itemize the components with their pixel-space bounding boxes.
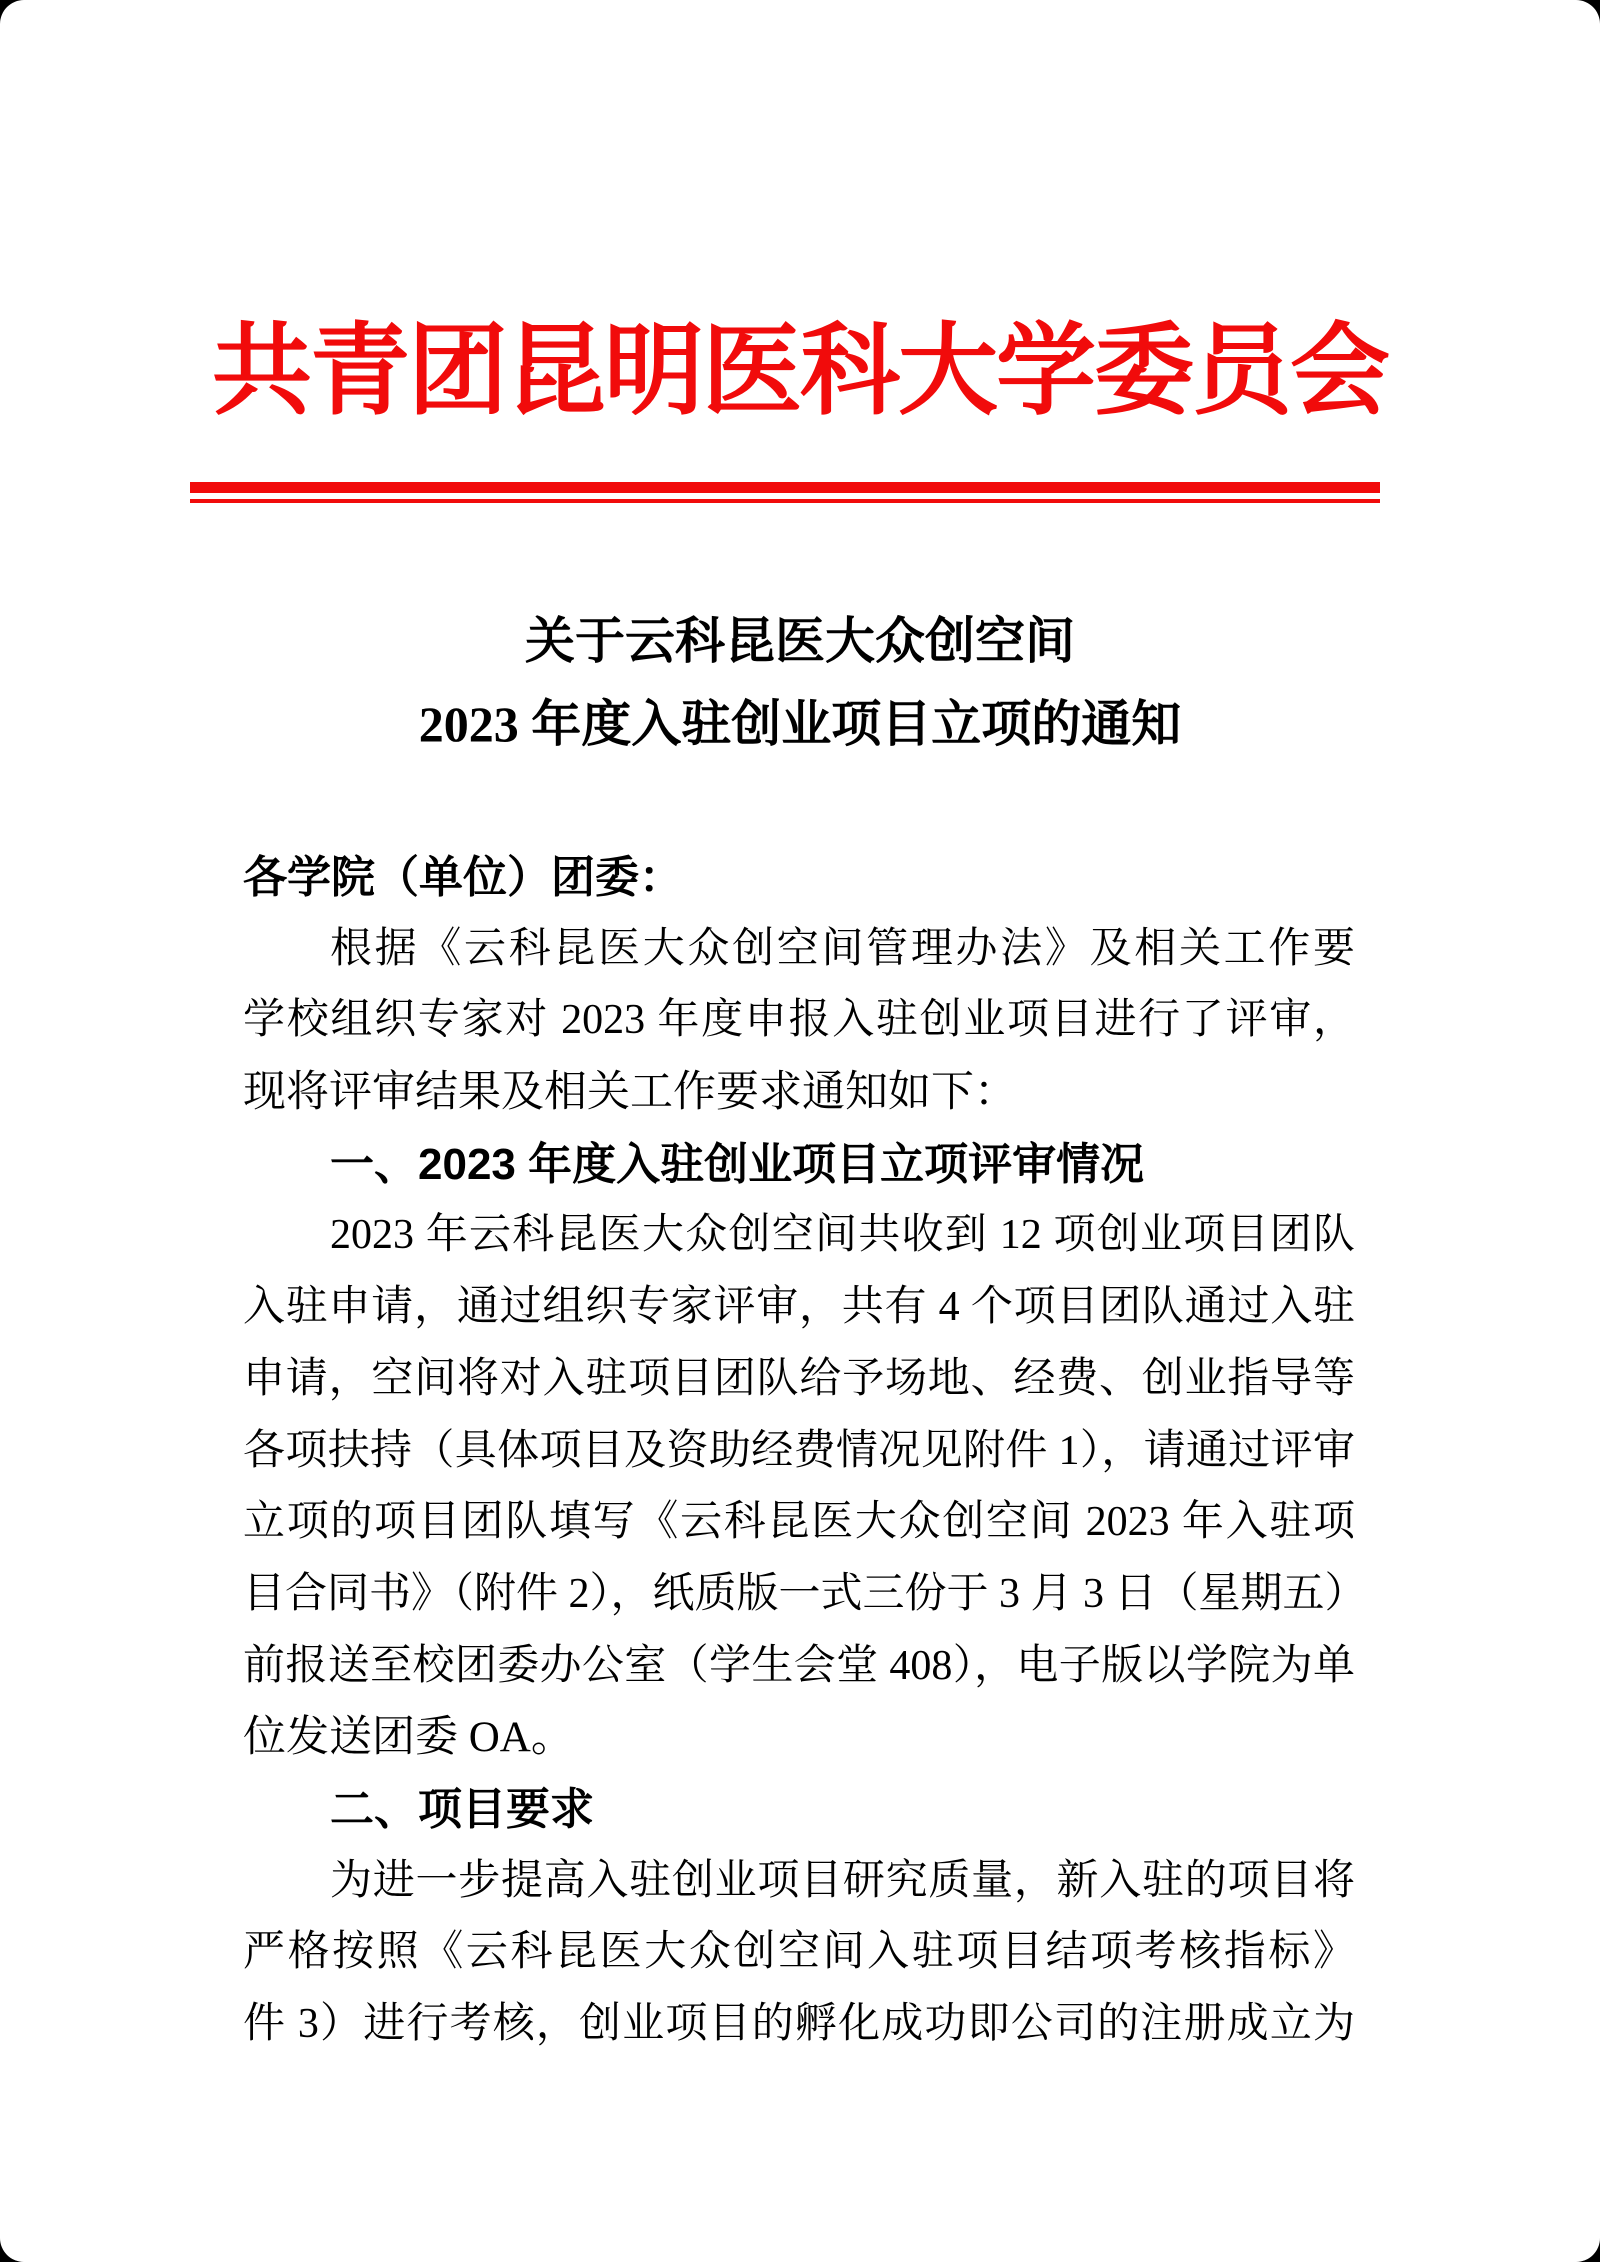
- body-line: 为进一步提高入驻创业项目研究质量，新入驻的项目将: [243, 1846, 1355, 1918]
- body-line: 入驻申请，通过组织专家评审，共有 4 个项目团队通过入驻: [243, 1272, 1355, 1344]
- document-title: 关于云科昆医大众创空间 2023 年度入驻创业项目立项的通知: [0, 600, 1600, 766]
- body-line: 一、2023 年度入驻创业项目立项评审情况: [243, 1129, 1355, 1201]
- rule-thin-line: [190, 499, 1380, 503]
- body-line: 根据《云科昆医大众创空间管理办法》及相关工作要求，: [243, 914, 1355, 986]
- document-page: 共青团昆明医科大学委员会 关于云科昆医大众创空间 2023 年度入驻创业项目立项…: [0, 0, 1600, 2262]
- body-line: 各项扶持（具体项目及资助经费情况见附件 1），请通过评审: [243, 1416, 1355, 1488]
- body-line: 学校组织专家对 2023 年度申报入驻创业项目进行了评审，: [243, 985, 1355, 1057]
- body-line: 二、项目要求: [243, 1774, 1355, 1846]
- body-line: 各学院（单位）团委：: [243, 842, 1355, 914]
- body-line: 现将评审结果及相关工作要求通知如下：: [243, 1057, 1355, 1129]
- document-title-line-2: 2023 年度入驻创业项目立项的通知: [0, 683, 1600, 766]
- body-line: 申请，空间将对入驻项目团队给予场地、经费、创业指导等: [243, 1344, 1355, 1416]
- body-line: 目合同书》（附件 2），纸质版一式三份于 3 月 3 日（星期五）: [243, 1559, 1355, 1631]
- document-title-line-1: 关于云科昆医大众创空间: [0, 600, 1600, 683]
- letterhead-double-rule: [190, 482, 1380, 503]
- body-line: 2023 年云科昆医大众创空间共收到 12 项创业项目团队: [243, 1200, 1355, 1272]
- rule-thick-line: [190, 482, 1380, 493]
- body-line: 立项的项目团队填写《云科昆医大众创空间 2023 年入驻项: [243, 1487, 1355, 1559]
- letterhead-org-name: 共青团昆明医科大学委员会: [0, 312, 1600, 432]
- body-line: 位发送团委 OA。: [243, 1702, 1355, 1774]
- body-line: 严格按照《云科昆医大众创空间入驻项目结项考核指标》（附: [243, 1917, 1355, 1989]
- body-line: 前报送至校团委办公室（学生会堂 408），电子版以学院为单: [243, 1631, 1355, 1703]
- body-line: 件 3）进行考核，创业项目的孵化成功即公司的注册成立为: [243, 1989, 1355, 2061]
- document-body: 各学院（单位）团委：根据《云科昆医大众创空间管理办法》及相关工作要求，学校组织专…: [243, 842, 1355, 2061]
